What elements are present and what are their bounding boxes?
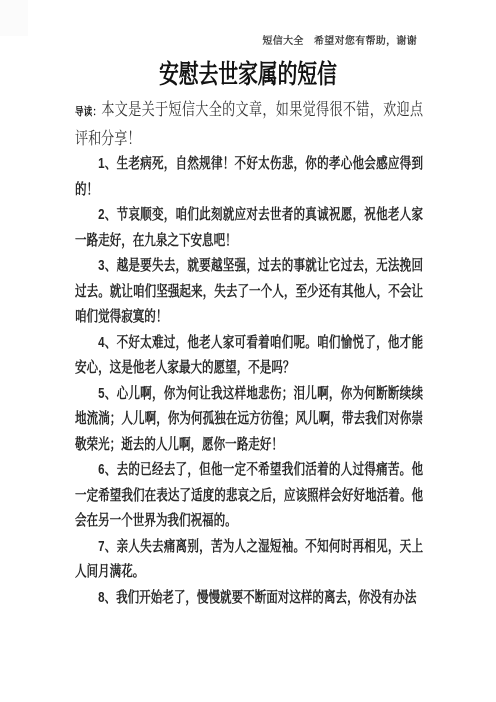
message-paragraph: 2、节哀顺变，咱们此刻就应对去世者的真诚祝愿，祝他老人家一路走好，在九泉之下安息… — [75, 202, 423, 253]
scan-artifact — [0, 0, 28, 36]
title-container: 安慰去世家属的短信 — [0, 58, 496, 90]
intro-label: 导读： — [75, 106, 101, 118]
message-paragraph: 5、心儿啊，你为何让我这样地悲伤；泪儿啊，你为何断断续续地流淌；人儿啊，你为何孤… — [75, 381, 423, 458]
intro-paragraph: 导读：本文是关于短信大全的文章，如果觉得很不错，欢迎点评和分享！ — [75, 97, 423, 151]
header-note: 短信大全 希望对您有帮助，谢谢 — [0, 35, 417, 48]
message-paragraph: 8、我们开始老了，慢慢就要不断面对这样的离去，你没有办法 — [75, 585, 423, 611]
message-paragraph: 1、生老病死，自然规律！不好太伤悲，你的孝心他会感应得到的！ — [75, 151, 423, 202]
document-page: 短信大全 希望对您有帮助，谢谢 安慰去世家属的短信 导读：本文是关于短信大全的文… — [0, 0, 496, 702]
message-paragraph: 3、越是要失去，就要越坚强，过去的事就让它过去，无法挽回过去。就让咱们坚强起来，… — [75, 253, 423, 330]
page-title: 安慰去世家属的短信 — [159, 58, 337, 90]
message-paragraph: 7、亲人失去痛离别，苦为人之湿短袖。不知何时再相见，天上人间月满花。 — [75, 534, 423, 585]
message-paragraph: 6、去的已经去了，但他一定不希望我们活着的人过得痛苦。他一定希望我们在表达了适度… — [75, 457, 423, 534]
intro-text: 本文是关于短信大全的文章，如果觉得很不错，欢迎点评和分享！ — [75, 100, 423, 148]
article-body: 导读：本文是关于短信大全的文章，如果觉得很不错，欢迎点评和分享！ 1、生老病死，… — [75, 97, 423, 610]
message-paragraph: 4、不好太难过，他老人家可看着咱们呢。咱们愉悦了，他才能安心，这是他老人家最大的… — [75, 330, 423, 381]
